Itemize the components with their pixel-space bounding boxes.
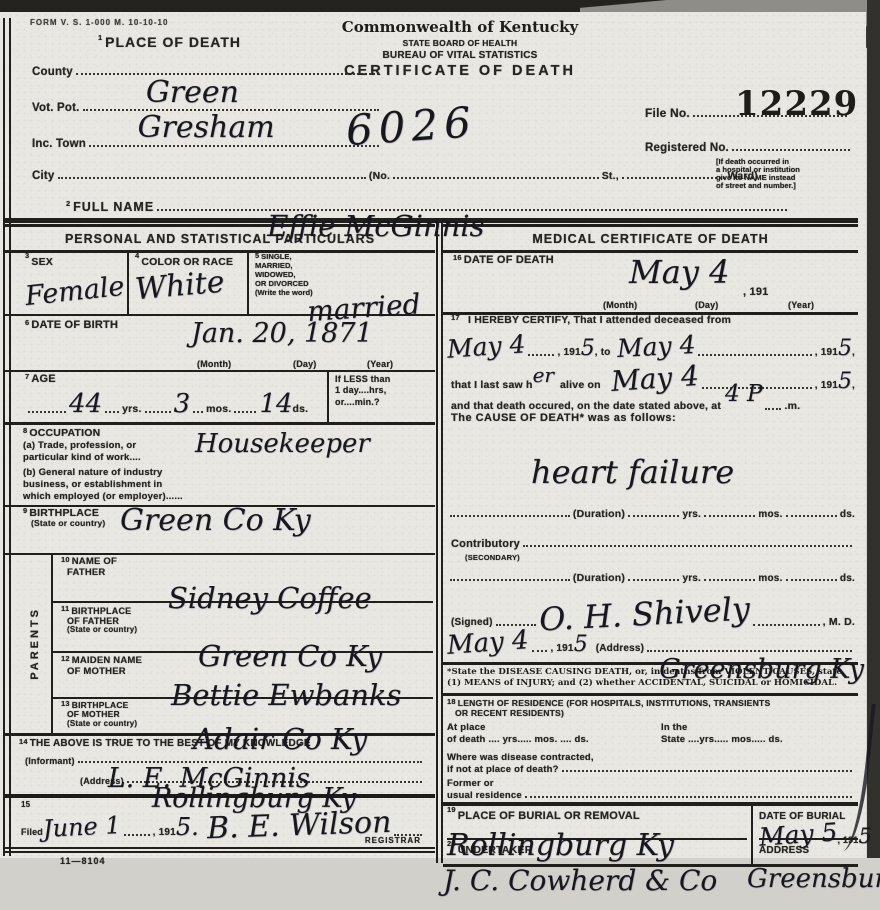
certify-attended-line: May 4 , 191 5 , to May 4 , 191 5 , bbox=[447, 336, 855, 359]
signed-dotted bbox=[532, 648, 548, 652]
date-of-birth-row: 6DATE OF BIRTH Jan. 20, 1871 (Month) (Da… bbox=[5, 316, 435, 372]
less-than-line: 1 day....hrs, bbox=[335, 385, 435, 396]
county-value-handwritten: Green bbox=[146, 75, 239, 110]
birthplace-value-handwritten: Green Co Ky bbox=[120, 503, 311, 538]
duration-dotted bbox=[704, 513, 755, 517]
color-race-value-handwritten: White bbox=[134, 268, 234, 303]
item-number: 5 bbox=[255, 251, 259, 260]
city-no-label: (No. bbox=[369, 170, 390, 182]
registered-no-field: Registered No. bbox=[645, 142, 853, 154]
less-than-line: or....min.? bbox=[335, 397, 435, 408]
duration-mos: mos. bbox=[758, 509, 782, 520]
full-name-value-handwritten: Effie McGinnis bbox=[267, 209, 484, 243]
certificate-title: CERTIFICATE OF DEATH bbox=[300, 63, 620, 79]
voting-precinct-label: Vot. Pot. bbox=[32, 102, 80, 114]
residence-title-line: OR RECENT RESIDENTS) bbox=[455, 708, 564, 718]
contributory-block: Contributory (SECONDARY) (Duration) yrs.… bbox=[443, 536, 858, 596]
item-number: 16 bbox=[453, 253, 462, 262]
dob-year-label: (Year) bbox=[367, 359, 393, 369]
item-number: 6 bbox=[25, 318, 29, 327]
dod-year-label: (Year) bbox=[788, 300, 814, 310]
contracted-dotted bbox=[562, 768, 852, 772]
occupation-a-line: (a) Trade, profession, or bbox=[23, 440, 136, 451]
item-number: 18 bbox=[447, 697, 456, 706]
md-suffix: , M. D. bbox=[823, 616, 855, 628]
full-name-field: 2FULL NAME Effie McGinnis bbox=[66, 200, 790, 214]
personal-bottom-rule bbox=[5, 847, 435, 849]
city-field: City (No. St., Ward) bbox=[32, 170, 758, 182]
filed-line: Filed June 1 , 191 5. B. E. Wilson bbox=[21, 812, 425, 839]
attended-to-handwritten: May 4 bbox=[616, 334, 696, 361]
contracted-line: Where was disease contracted, bbox=[447, 752, 594, 763]
signed-field: (Signed) O. H. Shively , M. D. bbox=[451, 600, 855, 629]
certify-dotted bbox=[528, 352, 554, 356]
hospital-note: [If death occurred in a hospital or inst… bbox=[716, 158, 858, 190]
city-st-label: St., bbox=[602, 170, 619, 182]
contributory-label: Contributory bbox=[451, 538, 520, 550]
certify-dotted bbox=[765, 406, 781, 410]
personal-section: PERSONAL AND STATISTICAL PARTICULARS 3SE… bbox=[5, 224, 435, 852]
dob-month-label: (Month) bbox=[197, 359, 231, 369]
full-name-dotted-line: Effie McGinnis bbox=[157, 207, 787, 211]
duration-label: (Duration) bbox=[573, 508, 625, 520]
occupation-b-line: business, or establishment in bbox=[23, 479, 162, 490]
dod-day-label: (Day) bbox=[695, 300, 719, 310]
less-than-line: If LESS than bbox=[335, 374, 435, 385]
attended-from-year-print: , 191 bbox=[557, 347, 580, 358]
sex-value-handwritten: Female bbox=[24, 275, 126, 310]
attended-from-year-handwritten: 5 bbox=[581, 339, 595, 359]
filed-label: Filed bbox=[21, 827, 43, 837]
county-label: County bbox=[32, 66, 73, 78]
attended-to-print: , to bbox=[595, 347, 611, 358]
informant-dotted: L. E. McGinnis bbox=[78, 759, 422, 763]
age-dotted bbox=[193, 409, 203, 413]
duration-yrs: yrs. bbox=[682, 509, 701, 520]
in-state-line: In the bbox=[661, 722, 783, 734]
city-dotted-line bbox=[58, 175, 366, 179]
father-birthplace-hint: (State or country) bbox=[53, 626, 433, 635]
city-st-dotted-line bbox=[622, 175, 725, 179]
last-saw-pronoun-handwritten: er bbox=[533, 366, 554, 384]
cause-value-handwritten: heart failure bbox=[531, 453, 734, 491]
registered-no-label: Registered No. bbox=[645, 142, 729, 154]
contributory-hint: (SECONDARY) bbox=[465, 553, 520, 562]
signed-year-handwritten: 5 bbox=[574, 635, 588, 655]
sex-cell: 3SEX Female bbox=[25, 252, 125, 304]
former-residence-label: usual residence bbox=[447, 790, 522, 801]
precinct-value-handwritten: Gresham bbox=[138, 110, 275, 145]
certify-intro: I HEREBY CERTIFY, That I attended deceas… bbox=[468, 314, 731, 326]
father-name-row: 10NAME OF FATHER Sidney Coffee bbox=[53, 553, 433, 603]
full-name-label: FULL NAME bbox=[73, 200, 154, 214]
last-saw-year-print: , 191 bbox=[815, 380, 838, 391]
occupation-b-line: which employed (or employer)...... bbox=[23, 491, 183, 502]
signed-dotted: Greensburg Ky bbox=[647, 648, 852, 652]
item-number: 3 bbox=[25, 251, 29, 260]
parents-block: PARENTS 10NAME OF FATHER Sidney Coffee 1… bbox=[5, 553, 435, 736]
attended-to-year-print: , 191 bbox=[815, 347, 838, 358]
marital-label-line: MARRIED, bbox=[255, 261, 433, 270]
item-number: 4 bbox=[135, 251, 139, 260]
bureau-subtitle: BUREAU OF VITAL STATISTICS bbox=[300, 50, 620, 61]
residence-block: 18LENGTH OF RESIDENCE (FOR HOSPITALS, IN… bbox=[443, 696, 858, 800]
age-dotted bbox=[28, 409, 66, 413]
former-residence-line: Former or bbox=[447, 778, 494, 789]
item-number: 2 bbox=[66, 199, 71, 208]
sex-label: SEX bbox=[31, 256, 53, 268]
age-label: AGE bbox=[31, 373, 55, 385]
dod-year-print: , 191 bbox=[743, 286, 768, 298]
time-of-death-handwritten: 4 P bbox=[725, 384, 762, 405]
birthplace-hint: (State or country) bbox=[31, 518, 105, 528]
item-number: 17 bbox=[451, 313, 460, 322]
signed-dotted bbox=[753, 622, 820, 626]
birthplace-row: 9BIRTHPLACE (State or country) Green Co … bbox=[5, 505, 435, 555]
marital-cell: 5SINGLE, MARRIED, WIDOWED, OR DIVORCED (… bbox=[255, 252, 433, 322]
form-code-bottom: 11—8104 bbox=[60, 856, 106, 866]
cell-divider bbox=[247, 250, 249, 314]
duration-dotted bbox=[786, 513, 837, 517]
marital-label-line: SINGLE, bbox=[261, 252, 291, 261]
marital-label-line: OR DIVORCED bbox=[255, 279, 433, 288]
marital-label-line: WIDOWED, bbox=[255, 270, 433, 279]
personal-bottom-rule bbox=[5, 851, 435, 853]
registrar-signature-handwritten: B. E. Wilson bbox=[206, 809, 391, 842]
signed-label: (Signed) bbox=[451, 617, 493, 628]
place-of-death-heading: 1PLACE OF DEATH bbox=[98, 34, 241, 52]
contracted-label: if not at place of death? bbox=[447, 764, 559, 775]
filed-year-print: , 191 bbox=[153, 827, 176, 838]
mother-name-label: MAIDEN NAME bbox=[72, 655, 142, 666]
place-of-burial-cell: 19PLACE OF BURIAL OR REMOVAL Rollingburg… bbox=[447, 806, 747, 840]
father-name-label: FATHER bbox=[53, 568, 433, 579]
city-label: City bbox=[32, 170, 55, 182]
filed-dotted bbox=[124, 832, 150, 836]
duration-dotted bbox=[628, 577, 679, 581]
duration-dotted bbox=[628, 513, 679, 517]
former-residence-line-2: usual residence bbox=[447, 790, 855, 801]
contracted-line-2: if not at place of death? bbox=[447, 764, 855, 775]
father-birthplace-label: BIRTHPLACE bbox=[71, 606, 131, 616]
date-of-death-label: DATE OF DEATH bbox=[464, 254, 554, 266]
undertaker-value-handwritten: J. C. Cowherd & Co bbox=[443, 864, 717, 897]
sex-color-marital-row: 3SEX Female 4COLOR OR RACE White 5SINGLE… bbox=[5, 250, 435, 316]
age-months-handwritten: 3 bbox=[174, 393, 191, 416]
occupation-row: 8OCCUPATION (a) Trade, profession, or pa… bbox=[5, 425, 435, 507]
header-agency-block: Commonwealth of Kentucky STATE BOARD OF … bbox=[300, 18, 620, 79]
age-dotted bbox=[145, 409, 171, 413]
inc-town-label: Inc. Town bbox=[32, 138, 86, 150]
signed-year-print: , 191 bbox=[550, 643, 573, 654]
parents-vertical-strip: PARENTS bbox=[19, 553, 53, 733]
signed-address-label: (Address) bbox=[596, 643, 644, 654]
certify-last-saw-line: that I last saw h er alive on May 4 , 19… bbox=[451, 366, 855, 392]
physician-signature-handwritten: O. H. Shively bbox=[538, 594, 750, 634]
color-race-cell: 4COLOR OR RACE White bbox=[135, 252, 233, 299]
hospital-note-line: of street and number.] bbox=[716, 182, 858, 190]
contributory-duration-line: (Duration) yrs. mos. ds. bbox=[447, 572, 855, 584]
age-dotted bbox=[234, 409, 256, 413]
dod-month-label: (Month) bbox=[603, 300, 637, 310]
place-of-burial-label: PLACE OF BURIAL OR REMOVAL bbox=[458, 810, 640, 822]
scanned-death-certificate: FORM V. S. 1-000 M. 10-10-10 1PLACE OF D… bbox=[0, 0, 880, 910]
comma-print: , bbox=[852, 347, 855, 358]
residence-title-line: LENGTH OF RESIDENCE (FOR HOSPITALS, INST… bbox=[458, 698, 771, 708]
informant-label: (Informant) bbox=[25, 756, 75, 766]
date-of-burial-handwritten: May 5 bbox=[758, 821, 838, 849]
column-divider bbox=[436, 223, 443, 863]
item-number: 1 bbox=[98, 33, 103, 42]
date-of-death-row: 16DATE OF DEATH May 4 , 191 5 (Month) (D… bbox=[443, 250, 858, 315]
attended-from-handwritten: May 4 bbox=[446, 333, 526, 361]
last-saw-print: that I last saw h bbox=[451, 379, 533, 391]
former-residence-dotted bbox=[525, 794, 852, 798]
medical-section: MEDICAL CERTIFICATE OF DEATH 16DATE OF D… bbox=[443, 224, 858, 864]
place-of-burial-value-handwritten: Rollingburg Ky bbox=[447, 828, 674, 863]
filed-year-handwritten: 5. bbox=[176, 817, 199, 839]
medical-section-title: MEDICAL CERTIFICATE OF DEATH bbox=[532, 232, 768, 246]
signed-address-value-handwritten: Greensburg Ky bbox=[659, 654, 864, 685]
dob-value-handwritten: Jan. 20, 1871 bbox=[191, 318, 373, 349]
dod-value-handwritten: May 4 bbox=[629, 253, 729, 291]
registered-no-dotted-line bbox=[732, 147, 850, 151]
age-years-unit: yrs. bbox=[122, 403, 141, 415]
in-state-line: State ....yrs..... mos..... ds. bbox=[661, 734, 783, 746]
city-no-dotted-line bbox=[393, 175, 599, 179]
item-number: 8 bbox=[23, 426, 27, 435]
certify-block: 17 I HEREBY CERTIFY, That I attended dec… bbox=[443, 312, 858, 420]
age-days-unit: ds. bbox=[293, 403, 309, 415]
form-code-top: FORM V. S. 1-000 M. 10-10-10 bbox=[30, 18, 168, 27]
contributory-line: Contributory bbox=[451, 538, 855, 550]
duration-yrs: yrs. bbox=[682, 573, 701, 584]
item-number: 10 bbox=[61, 555, 70, 564]
age-days-handwritten: 14 bbox=[259, 393, 292, 416]
certify-dotted bbox=[698, 352, 812, 356]
item-number: 7 bbox=[25, 372, 29, 381]
item-number: 14 bbox=[19, 737, 28, 746]
burial-grid: 19PLACE OF BURIAL OR REMOVAL Rollingburg… bbox=[443, 806, 858, 864]
occupation-label: OCCUPATION bbox=[29, 427, 100, 439]
duration-dotted bbox=[450, 577, 570, 581]
dob-day-label: (Day) bbox=[293, 359, 317, 369]
item-number: 13 bbox=[61, 699, 70, 708]
item-number: 15 bbox=[21, 800, 30, 809]
state-board-subtitle: STATE BOARD OF HEALTH bbox=[300, 38, 620, 48]
duration-mos: mos. bbox=[758, 573, 782, 584]
father-name-label: NAME OF bbox=[72, 556, 117, 567]
item-number: 19 bbox=[447, 805, 456, 814]
father-birthplace-value-handwritten: Green Co Ky bbox=[198, 639, 382, 673]
burial-grid-divider bbox=[751, 806, 753, 864]
age-years-handwritten: 44 bbox=[69, 393, 102, 416]
duration-ds: ds. bbox=[840, 509, 855, 520]
burial-year-handwritten: 5 bbox=[859, 827, 872, 846]
filed-date-handwritten: June 1 bbox=[43, 815, 122, 841]
signed-date-address-line: May 4 , 191 5 (Address) Greensburg Ky bbox=[447, 632, 855, 655]
mother-birthplace-value-handwritten: Adair Co Ky bbox=[193, 722, 367, 756]
item-number: 12 bbox=[61, 654, 70, 663]
duration-dotted bbox=[704, 577, 755, 581]
last-saw-date-handwritten: May 4 bbox=[610, 363, 699, 394]
occupation-a-line: particular kind of work.... bbox=[23, 452, 141, 463]
commonwealth-title: Commonwealth of Kentucky bbox=[300, 18, 620, 36]
father-name-value-handwritten: Sidney Coffee bbox=[168, 581, 372, 615]
age-row: 7AGE 44 yrs. 3 mos. 14 ds. If LESS than bbox=[5, 370, 435, 425]
alive-on-print: alive on bbox=[560, 379, 601, 391]
last-saw-year-handwritten: 5 bbox=[838, 372, 852, 392]
mother-maiden-name-value-handwritten: Bettie Ewbanks bbox=[171, 678, 401, 712]
dob-label: DATE OF BIRTH bbox=[31, 319, 118, 331]
parents-vertical-label: PARENTS bbox=[29, 607, 41, 680]
signed-date-handwritten: May 4 bbox=[446, 629, 529, 658]
item-number: 9 bbox=[23, 506, 27, 515]
at-place-line: At place bbox=[447, 722, 589, 734]
certificate-paper: FORM V. S. 1-000 M. 10-10-10 1PLACE OF D… bbox=[0, 12, 866, 858]
attended-to-year-handwritten: 5 bbox=[838, 339, 852, 359]
occupation-b-line: (b) General nature of industry bbox=[23, 467, 163, 478]
medical-section-titlebar: MEDICAL CERTIFICATE OF DEATH bbox=[443, 224, 858, 253]
age-value-line: 44 yrs. 3 mos. 14 ds. bbox=[25, 393, 320, 416]
comma-print: , bbox=[852, 380, 855, 391]
duration-dotted bbox=[450, 513, 570, 517]
duration-ds: ds. bbox=[840, 573, 855, 584]
occupation-value-handwritten: Housekeeper bbox=[195, 429, 370, 459]
item-number: 11 bbox=[61, 604, 69, 613]
death-occurred-print: and that death occured, on the date stat… bbox=[451, 400, 721, 412]
informant-field: (Informant) L. E. McGinnis bbox=[25, 756, 425, 766]
meridiem-print: .m. bbox=[784, 400, 800, 412]
duration-label: (Duration) bbox=[573, 572, 625, 584]
age-months-unit: mos. bbox=[206, 403, 231, 415]
cell-divider bbox=[127, 250, 129, 314]
duration-dotted bbox=[786, 577, 837, 581]
age-dotted bbox=[105, 409, 119, 413]
residence-in-state: In the State ....yrs..... mos..... ds. bbox=[661, 722, 783, 747]
undertaker-address-value-handwritten: Greensburg Ky bbox=[747, 864, 880, 894]
cause-of-death-block: heart failure (Duration) yrs. mos. ds. bbox=[443, 420, 858, 536]
contributory-dotted bbox=[523, 543, 852, 547]
residence-at-place: At place of death .... yrs..... mos. ...… bbox=[447, 722, 589, 747]
age-less-than-box: If LESS than 1 day....hrs, or....min.? bbox=[327, 370, 435, 422]
at-place-line: of death .... yrs..... mos. .... ds. bbox=[447, 734, 589, 746]
cause-duration-line: (Duration) yrs. mos. ds. bbox=[447, 508, 855, 520]
